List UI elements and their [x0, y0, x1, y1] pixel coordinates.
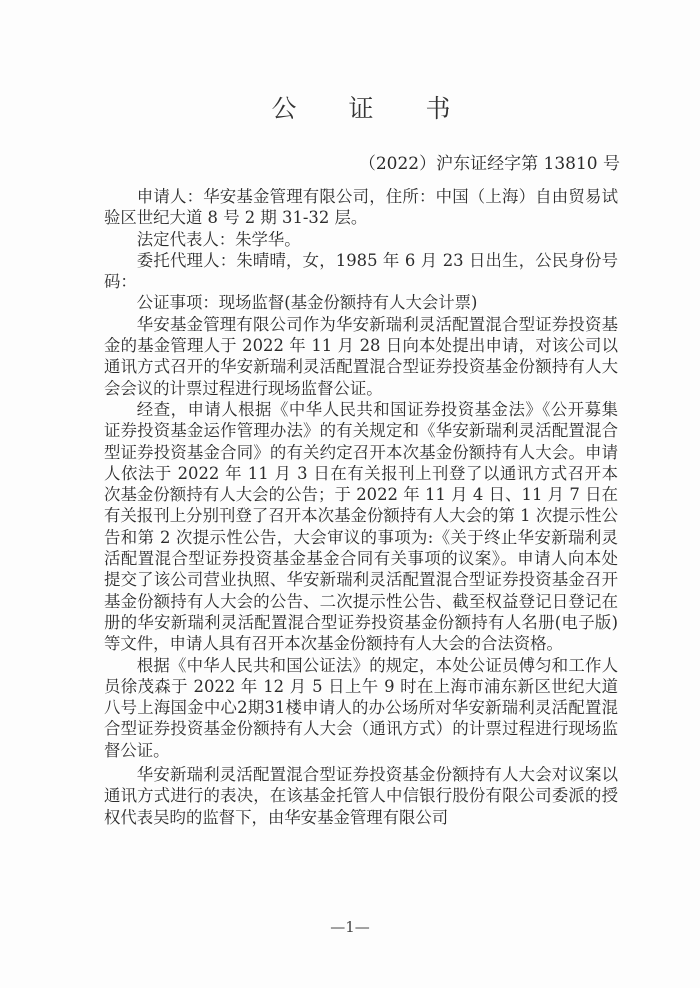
document-body: 申请人：华安基金管理有限公司，住所：中国（上海）自由贸易试验区世纪大道 8 号 … — [104, 186, 618, 828]
paragraph-application: 华安基金管理有限公司作为华安新瑞利灵活配置混合型证券投资基金的基金管理人于 20… — [104, 314, 618, 399]
paragraph-legal-representative: 法定代表人：朱学华。 — [104, 229, 618, 250]
paragraph-examination: 经查，申请人根据《中华人民共和国证券投资基金法》《公开募集证券投资基金运作管理办… — [104, 399, 618, 655]
paragraph-authorized-agent: 委托代理人：朱晴晴，女，1985 年 6 月 23 日出生，公民身份号码： — [104, 250, 618, 293]
document-page: 公 证 书 （2022）沪东证经字第 13810 号 申请人：华安基金管理有限公… — [0, 0, 700, 988]
paragraph-notarization-matter: 公证事项：现场监督(基金份额持有人大会计票) — [104, 292, 618, 313]
paragraph-voting: 华安新瑞利灵活配置混合型证券投资基金份额持有人大会对议案以通讯方式进行的表决，在… — [104, 764, 618, 828]
paragraph-applicant: 申请人：华安基金管理有限公司，住所：中国（上海）自由贸易试验区世纪大道 8 号 … — [104, 186, 618, 229]
document-title: 公 证 书 — [0, 89, 700, 125]
document-number: （2022）沪东证经字第 13810 号 — [359, 149, 620, 174]
page-number: —1— — [0, 918, 700, 936]
paragraph-supervision: 根据《中华人民共和国公证法》的规定，本处公证员傅匀和工作人员徐茂森于 2022 … — [104, 655, 618, 761]
